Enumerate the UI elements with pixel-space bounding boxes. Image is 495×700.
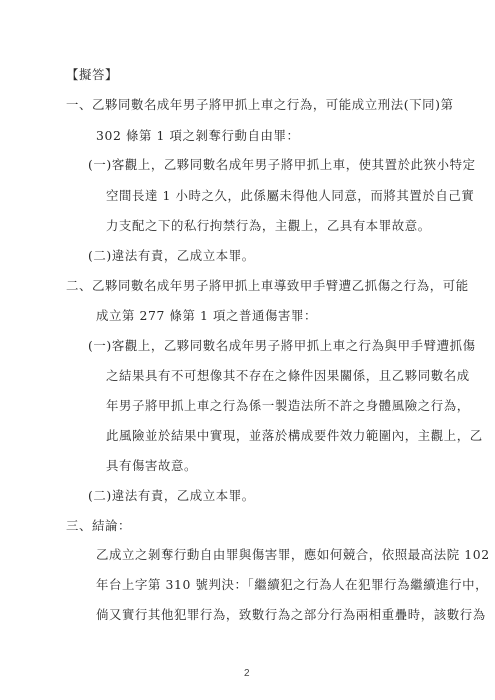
section-1-item-1-cont: 空間長達 1 小時之久，此係屬未得他人同意，而將其置於自己實 [106,188,474,204]
section-2-item-1-cont: 之結果具有不可想像其不存在之條件因果關係，且乙夥同數名成 [106,368,470,384]
conclusion-paragraph-cont: 倘又實行其他犯罪行為，致數行為之部分行為兩相重疊時，該數行為 [96,607,486,623]
section-1-title: 一、乙夥同數名成年男子將甲抓上車之行為，可能成立刑法(下同)第 [66,97,454,113]
section-1-item-2: (二)違法有責，乙成立本罪。 [88,248,255,264]
section-3-title: 三、結論： [66,518,131,534]
answer-heading: 【擬答】 [66,67,118,83]
conclusion-paragraph: 乙成立之剝奪行動自由罪與傷害罪，應如何競合，依照最高法院 102 [96,547,490,563]
conclusion-paragraph-cont: 年台上字第 310 號判決：「繼續犯之行為人在犯罪行為繼續進行中， [96,577,488,593]
section-2-title: 二、乙夥同數名成年男子將甲抓上車導致甲手臂遭乙抓傷之行為，可能 [66,278,469,294]
section-2-item-1-cont: 具有傷害故意。 [106,458,197,474]
section-2-item-1: (一)客觀上，乙夥同數名成年男子將甲抓上車之行為與甲手臂遭抓傷 [88,338,476,354]
section-1-item-1-cont: 力支配之下的私行拘禁行為，主觀上，乙具有本罪故意。 [106,218,431,234]
page-number: 2 [244,668,250,679]
section-2-title-cont: 成立第 277 條第 1 項之普通傷害罪： [96,308,317,324]
section-1-item-1: (一)客觀上，乙夥同數名成年男子將甲抓上車，使其置於此狹小特定 [88,157,476,173]
section-1-title-cont: 302 條第 1 項之剝奪行動自由罪： [96,128,299,144]
section-2-item-1-cont: 年男子將甲抓上車之行為係一製造法所不許之身體風險之行為， [106,398,470,414]
section-2-item-1-cont: 此風險並於結果中實現，並落於構成要件效力範圍內，主觀上，乙 [106,428,483,444]
section-2-item-2: (二)違法有責，乙成立本罪。 [88,488,255,504]
